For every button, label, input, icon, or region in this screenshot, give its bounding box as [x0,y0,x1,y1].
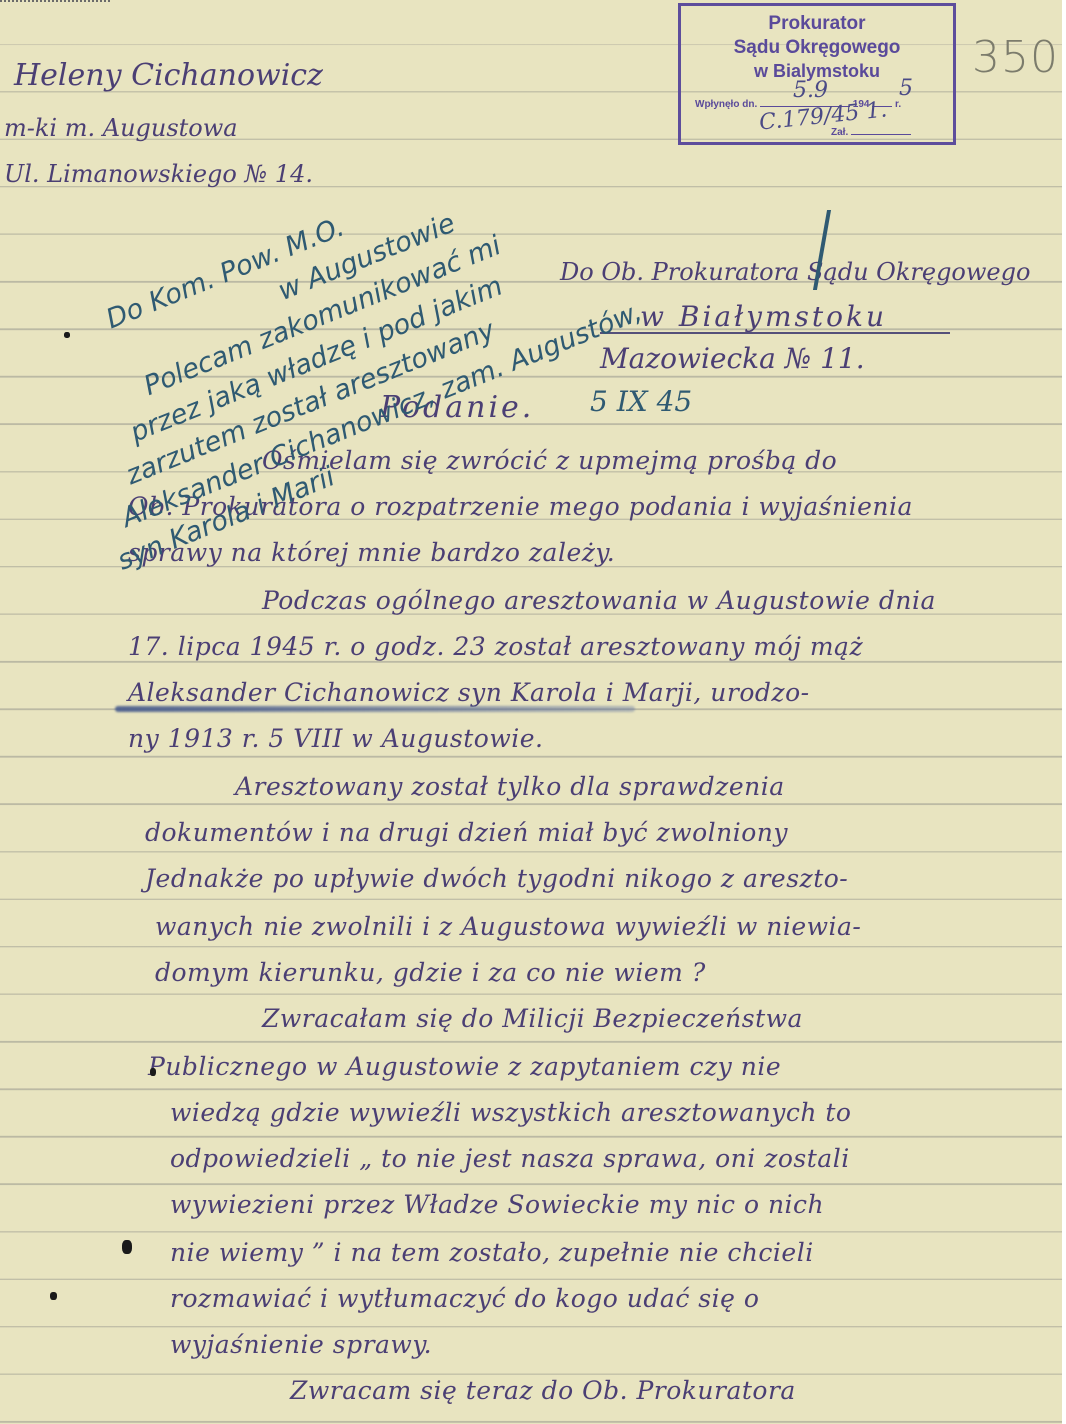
addressee-line-2: w Białymstoku [640,300,887,333]
body-line-4: Podczas ogólnego aresztowania w Augustow… [262,586,936,615]
body-line-19: rozmawiać i wytłumaczyć do kogo udać się… [170,1284,759,1313]
punch-hole [64,332,70,338]
page-number: 350 [972,32,1059,83]
body-line-7: ny 1913 r. 5 VIII w Augustowie. [128,724,544,753]
body-line-16: odpowiedzieli „ to nie jest nasza sprawa… [170,1144,850,1173]
body-line-13: Zwracałam się do Milicji Bezpieczeństwa [262,1004,803,1033]
body-line-14: Publicznego w Augustowie z zapytaniem cz… [148,1052,781,1081]
prosecutor-stamp: Prokurator Sądu Okręgowego w Bialymstoku… [678,3,956,145]
name-underline [115,706,635,712]
body-line-18: nie wiemy ” i na tem zostało, zupełnie n… [170,1238,814,1267]
ink-blot [150,1068,156,1076]
stamp-handwritten-year: 5 [899,76,913,101]
body-line-6: Aleksander Cichanowicz syn Karola i Marj… [128,678,810,707]
stamp-handwritten-date: 5.9 [793,78,828,103]
body-line-5: 17. lipca 1945 r. o godz. 23 został ares… [128,632,863,661]
stamp-line-2: Sądu Okręgowego [681,36,953,60]
stamp-line-1: Prokurator [681,12,953,36]
body-line-21: Zwracam się teraz do Ob. Prokuratora [290,1376,796,1405]
punch-hole [50,1292,57,1300]
sender-name: Heleny Cichanowicz [14,58,323,93]
lined-paper-page: 350 Prokurator Sądu Okręgowego w Bialyms… [0,0,1062,1424]
body-line-10: Jednakże po upływie dwóch tygodni nikogo… [145,864,848,893]
title-date: 5 IX 45 [590,385,692,418]
stamp-attachments-blank [851,126,911,135]
addressee-underline [600,332,950,334]
punch-hole [122,1240,132,1254]
body-line-20: wyjaśnienie sprawy. [170,1330,432,1359]
sender-address: Ul. Limanowskiego № 14. [4,160,313,188]
stamp-attachments-row: Zał. [831,126,943,138]
body-line-15: wiedzą gdzie wywieźli wszystkich areszto… [170,1098,851,1127]
body-line-11: wanych nie zwolnili i z Augustowa wywieź… [155,912,861,941]
stamp-received-label: Wpłynęło dn. [695,99,757,110]
sender-residence: m-ki m. Augustowa [4,114,238,142]
corner-mark [0,0,110,8]
body-line-17: wywiezieni przez Władze Sowieckie my nic… [170,1190,824,1219]
stamp-attachments-label: Zał. [831,127,848,138]
annotation-signature [723,210,831,290]
body-line-8: Aresztowany został tylko dla sprawdzenia [235,772,785,801]
body-line-9: dokumentów i na drugi dzień miał być zwo… [145,818,788,847]
body-line-12: domym kierunku, gdzie i za co nie wiem ? [155,958,706,987]
